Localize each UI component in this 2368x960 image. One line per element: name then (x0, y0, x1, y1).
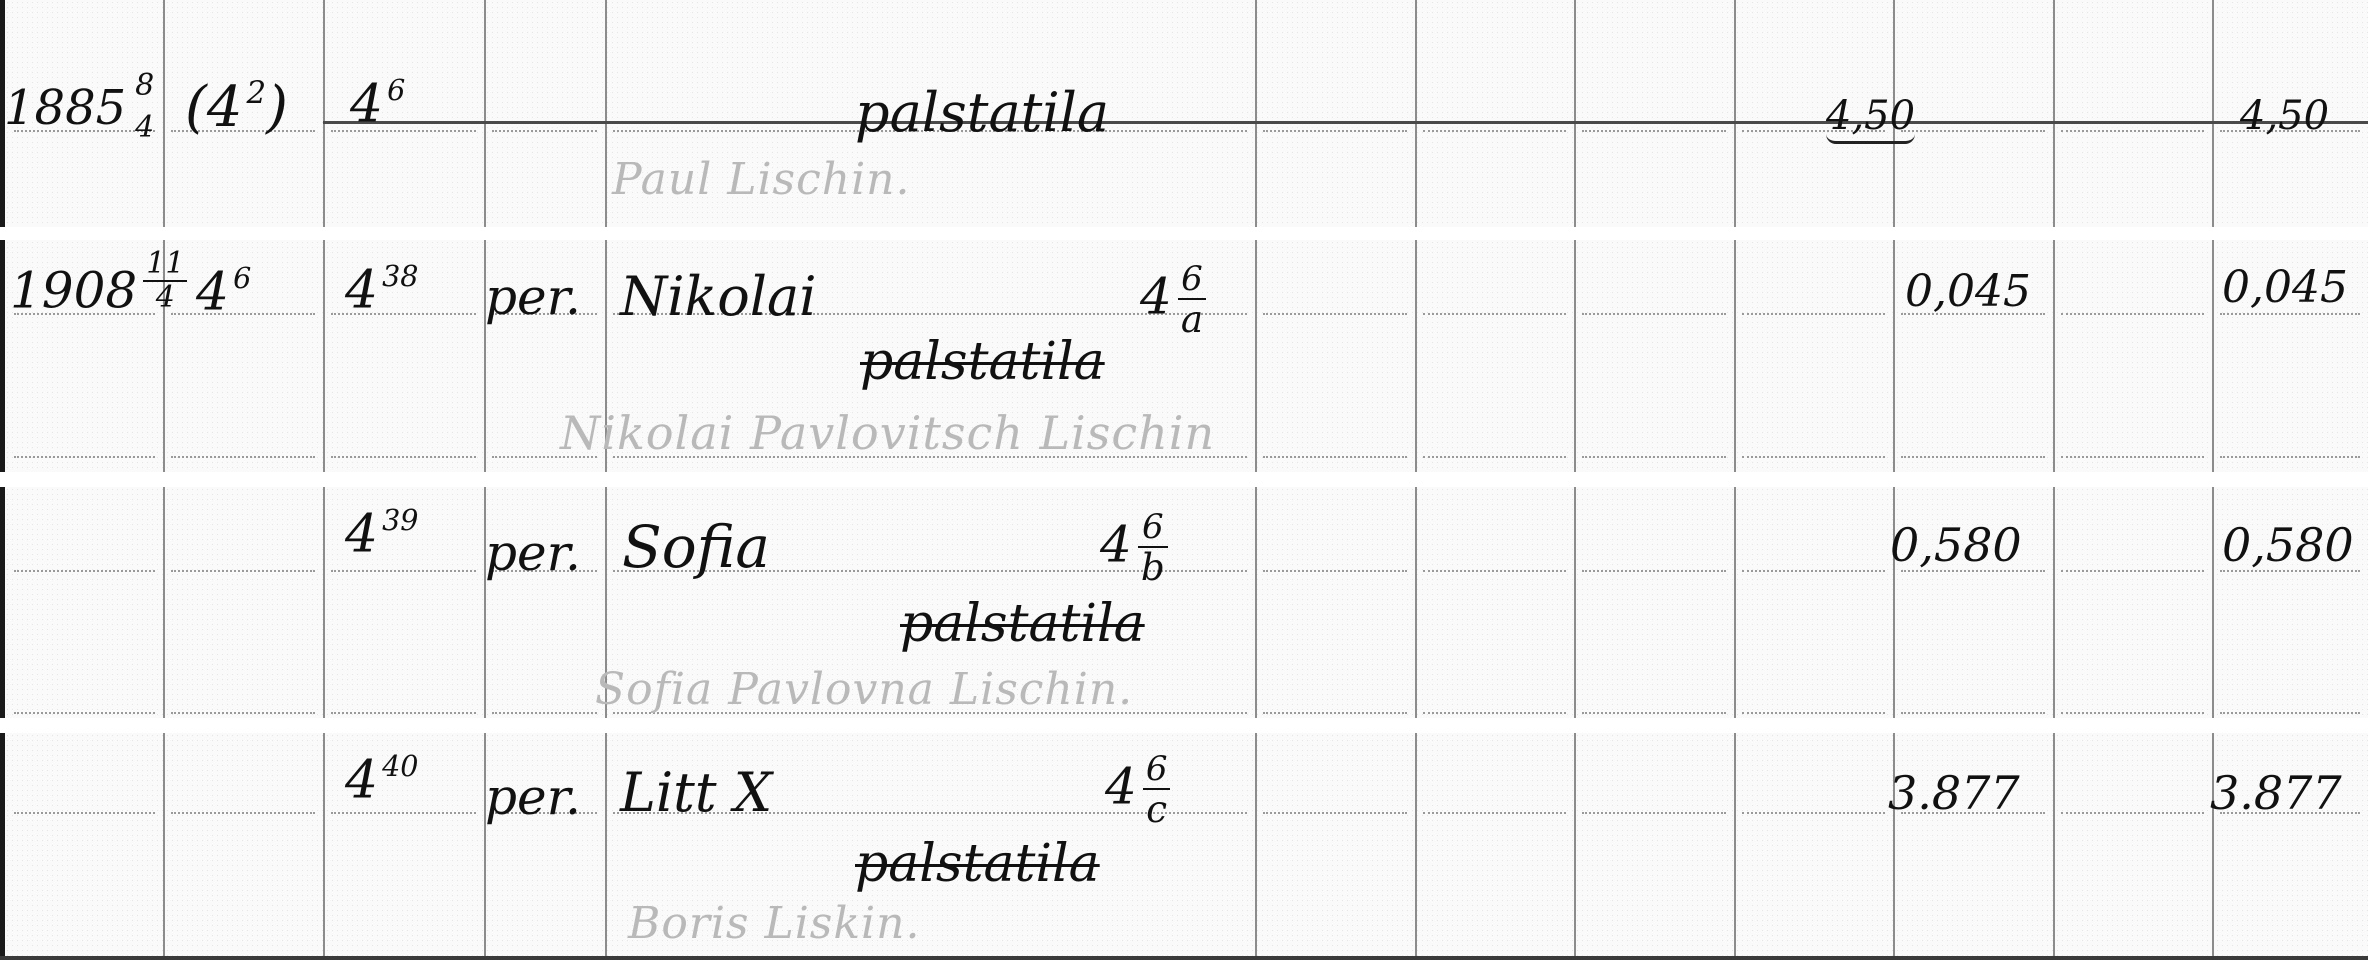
dotted-guide (2220, 456, 2360, 458)
dotted-guide (331, 570, 476, 572)
amount-column-1: 0,580 (1890, 522, 2022, 568)
parcel-subnumber: 46c (1105, 752, 1170, 829)
column-rule (1415, 733, 1417, 956)
column-rule (2212, 487, 2214, 718)
dotted-guide (1423, 570, 1566, 572)
parcel-type-label: palstatila (855, 838, 1100, 890)
dotted-guide (331, 712, 476, 714)
person-prefix: per. (485, 528, 581, 578)
page-bottom-border (0, 956, 2368, 960)
person-prefix: per. (485, 772, 581, 822)
column-rule (605, 733, 607, 956)
dotted-guide (2061, 456, 2204, 458)
dotted-guide (2061, 313, 2204, 315)
left-border (0, 733, 5, 956)
amount-column-2: 4,50 (2240, 96, 2329, 136)
column-rule (323, 240, 325, 472)
dotted-guide (1901, 456, 2045, 458)
parcel-number: 440 (345, 752, 418, 806)
owner-name-pencil: Sofia Pavlovna Lischin. (595, 668, 1133, 712)
column-rule (484, 487, 486, 718)
dotted-guide (14, 570, 155, 572)
dotted-guide (1582, 130, 1726, 132)
column-rule (163, 733, 165, 956)
reference-number: (42) (185, 78, 288, 136)
amount-column-1: 0,045 (1905, 270, 2031, 314)
entry-date: 188584 (4, 80, 157, 143)
column-rule (1415, 0, 1417, 227)
column-rule (1255, 733, 1257, 956)
column-rule (2053, 733, 2055, 956)
column-rule (1734, 487, 1736, 718)
dotted-guide (331, 456, 476, 458)
dotted-guide (2220, 313, 2360, 315)
row-gap (0, 472, 2368, 487)
amount-column-2: 0,045 (2222, 266, 2348, 310)
dotted-guide (1423, 712, 1566, 714)
dotted-guide (331, 812, 476, 814)
dotted-guide (171, 570, 315, 572)
dotted-guide (2061, 130, 2204, 132)
dotted-guide (14, 456, 155, 458)
column-rule (323, 487, 325, 718)
date-year: 1885 (4, 80, 126, 136)
dotted-guide (1423, 456, 1566, 458)
ledger-page: 188584 (42) 46 palstatila Paul Lischin. … (0, 0, 2368, 960)
person-name: Sofia (622, 518, 770, 576)
dotted-guide (1263, 130, 1407, 132)
column-rule (2053, 0, 2055, 227)
cancel-strike-line (323, 121, 2368, 124)
dotted-guide (1901, 712, 2045, 714)
column-rule (1574, 733, 1576, 956)
dotted-guide (2061, 812, 2204, 814)
column-rule (1255, 487, 1257, 718)
dotted-guide (1263, 313, 1407, 315)
column-rule (1415, 240, 1417, 472)
column-rule (2212, 240, 2214, 472)
date-year: 1908 (10, 262, 137, 320)
amount-column-1: 3.877 (1888, 770, 2020, 816)
dotted-guide (1423, 130, 1566, 132)
column-rule (1734, 733, 1736, 956)
column-rule (1574, 0, 1576, 227)
column-rule (2053, 487, 2055, 718)
dotted-guide (14, 812, 155, 814)
dotted-guide (1742, 313, 1885, 315)
column-rule (1574, 240, 1576, 472)
column-rule (323, 733, 325, 956)
owner-name-pencil: Paul Lischin. (612, 158, 911, 202)
column-rule (1893, 240, 1895, 472)
owner-name-pencil: Nikolai Pavlovitsch Lischin (560, 410, 1215, 456)
left-border (0, 240, 5, 472)
dotted-guide (1742, 570, 1885, 572)
amount-column-1: 4,50 (1826, 96, 1915, 136)
column-rule (1255, 0, 1257, 227)
parcel-subnumber: 46a (1140, 262, 1206, 339)
dotted-guide (1582, 712, 1726, 714)
dotted-guide (1263, 812, 1407, 814)
column-rule (1255, 240, 1257, 472)
dotted-guide (1423, 313, 1566, 315)
dotted-guide (1742, 812, 1885, 814)
column-rule (323, 0, 325, 227)
parcel-subnumber: 46b (1100, 510, 1168, 587)
parcel-number: 439 (345, 506, 418, 560)
dotted-guide (1423, 812, 1566, 814)
dotted-guide (1742, 712, 1885, 714)
row-gap (0, 718, 2368, 733)
column-rule (1734, 240, 1736, 472)
dotted-guide (1582, 570, 1726, 572)
column-rule (1574, 487, 1576, 718)
reference-number: 46 (196, 264, 251, 318)
dotted-guide (1263, 456, 1407, 458)
parcel-number: 438 (345, 262, 418, 316)
date-fraction: 84 (132, 80, 157, 143)
dotted-guide (2061, 712, 2204, 714)
dotted-guide (171, 812, 315, 814)
column-rule (2053, 240, 2055, 472)
row-gap (0, 227, 2368, 240)
dotted-guide (1901, 130, 2045, 132)
dotted-guide (1263, 712, 1407, 714)
dotted-guide (1582, 456, 1726, 458)
dotted-guide (1582, 812, 1726, 814)
dotted-guide (171, 456, 315, 458)
amount-column-2: 3.877 (2210, 770, 2342, 816)
column-rule (2212, 0, 2214, 227)
person-name: Nikolai (620, 270, 817, 324)
parcel-number: 46 (350, 76, 405, 130)
column-rule (163, 0, 165, 227)
parcel-type-label: palstatila (855, 86, 1109, 140)
dotted-guide (1742, 456, 1885, 458)
date-fraction: 114 (143, 248, 187, 313)
dotted-guide (2061, 570, 2204, 572)
amount-column-2: 0,580 (2222, 522, 2354, 568)
dotted-guide (14, 712, 155, 714)
dotted-guide (492, 712, 597, 714)
column-rule (1734, 0, 1736, 227)
parcel-type-label: palstatila (860, 336, 1105, 388)
dotted-guide (2220, 712, 2360, 714)
left-border (0, 487, 5, 718)
entry-date: 1908114 (10, 262, 187, 327)
column-rule (163, 487, 165, 718)
column-rule (484, 733, 486, 956)
column-rule (1415, 487, 1417, 718)
person-prefix: per. (485, 272, 581, 322)
person-name: Litt X (620, 766, 772, 820)
parcel-type-label: palstatila (900, 598, 1145, 650)
column-rule (605, 0, 607, 227)
dotted-guide (492, 130, 597, 132)
owner-name-pencil: Boris Liskin. (628, 902, 920, 946)
dotted-guide (171, 712, 315, 714)
dotted-guide (1263, 570, 1407, 572)
dotted-guide (1582, 313, 1726, 315)
column-rule (484, 0, 486, 227)
